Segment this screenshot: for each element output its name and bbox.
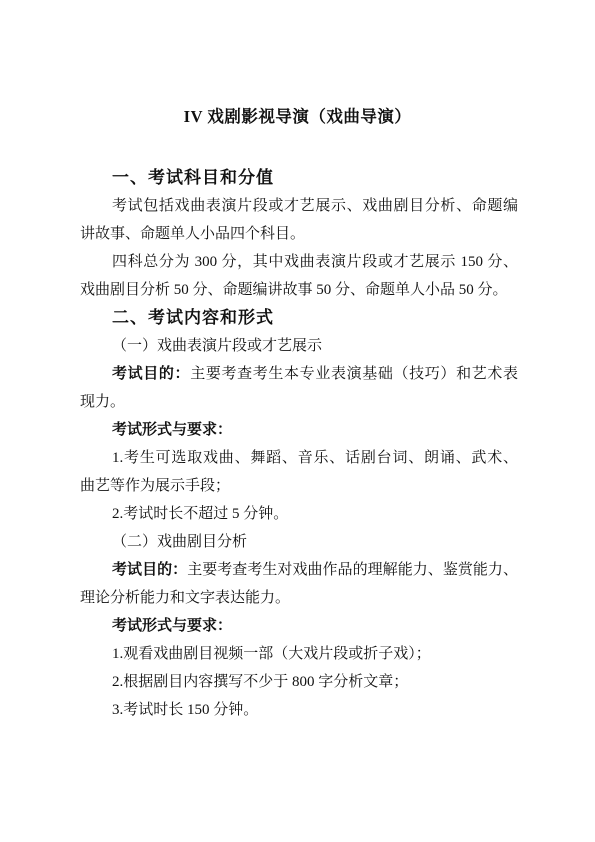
paragraph-text: 主要考查考生本专业表演基础（技巧）和艺术表: [190, 366, 518, 382]
list-item-line: 2.考试时长不超过 5 分钟。: [112, 500, 518, 528]
paragraph-line: 考试目的：主要考查考生本专业表演基础（技巧）和艺术表: [112, 360, 518, 388]
paragraph-line: 四科总分为 300 分，其中戏曲表演片段或才艺展示 150 分、: [112, 248, 518, 276]
section-heading-1: 一、考试科目和分值: [112, 164, 518, 192]
list-item-line: 2.根据剧目内容撰写不少于 800 字分析文章；: [112, 668, 518, 696]
paragraph-text: 主要考查考生对戏曲作品的理解能力、鉴赏能力、: [187, 562, 518, 578]
exam-format-heading-2: 考试形式与要求：: [112, 612, 518, 640]
list-item-line: 1.观看戏曲剧目视频一部（大戏片段或折子戏）；: [112, 640, 518, 668]
subsection-heading-2: （二）戏曲剧目分析: [112, 528, 518, 556]
section-heading-2: 二、考试内容和形式: [112, 304, 518, 332]
paragraph-line: 戏曲剧目分析 50 分、命题编讲故事 50 分、命题单人小品 50 分。: [80, 276, 518, 304]
paragraph-line: 讲故事、命题单人小品四个科目。: [80, 220, 518, 248]
paragraph-line: 考试包括戏曲表演片段或才艺展示、戏曲剧目分析、命题编: [112, 192, 518, 220]
list-item-line: 3.考试时长 150 分钟。: [112, 696, 518, 724]
exam-purpose-label: 考试目的：: [112, 366, 190, 382]
list-item-line: 曲艺等作为展示手段；: [80, 472, 518, 500]
exam-format-heading-1: 考试形式与要求：: [112, 416, 518, 444]
paragraph-line: 理论分析能力和文字表达能力。: [80, 584, 518, 612]
list-item-line: 1.考生可选取戏曲、舞蹈、音乐、话剧台词、朗诵、武术、: [112, 444, 518, 472]
document-page: IV 戏剧影视导演（戏曲导演） 一、考试科目和分值 考试包括戏曲表演片段或才艺展…: [0, 0, 595, 842]
exam-purpose-label: 考试目的：: [112, 562, 187, 578]
document-title: IV 戏剧影视导演（戏曲导演）: [0, 102, 595, 132]
paragraph-line: 考试目的：主要考查考生对戏曲作品的理解能力、鉴赏能力、: [112, 556, 518, 584]
paragraph-line: 现力。: [80, 388, 518, 416]
subsection-heading-1: （一）戏曲表演片段或才艺展示: [112, 332, 518, 360]
